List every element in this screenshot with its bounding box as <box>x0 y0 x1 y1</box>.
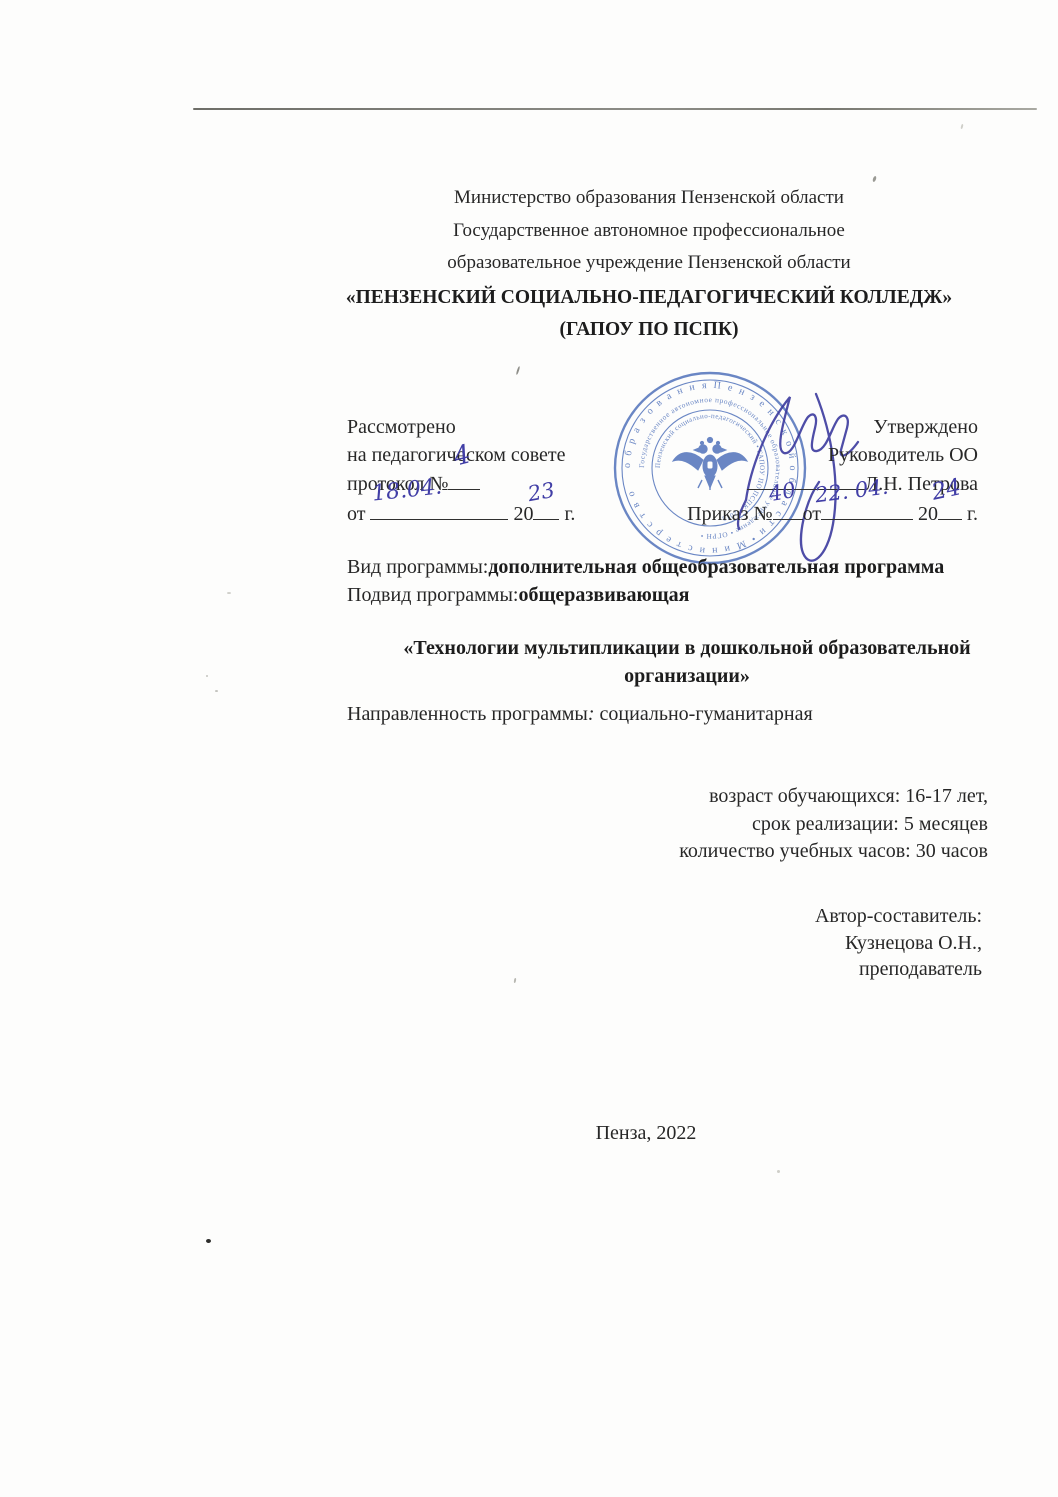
signer-line: Л.Н. Петрова <box>687 469 978 499</box>
program-title: «Технологии мультипликации в дошкольной … <box>380 634 994 690</box>
signature-blank <box>747 469 865 490</box>
approve-block: Утверждено Руководитель ОО Л.Н. Петрова … <box>687 414 978 528</box>
review-year-suffix: г. <box>564 503 575 525</box>
signer-name: Л.Н. Петрова <box>865 473 978 495</box>
org-line-1: Государственное автономное профессиональ… <box>300 215 998 248</box>
author-position: преподаватель <box>815 956 982 983</box>
college-abbreviation: (ГАПОУ ПО ПСПК) <box>300 314 998 347</box>
author-label: Автор-составитель: <box>815 903 982 930</box>
order-year-blank: 24 <box>938 499 962 520</box>
scan-top-edge-line <box>193 108 1037 110</box>
program-kind-value: дополнительная общеобразовательная прогр… <box>488 556 944 578</box>
orientation-colon: : <box>588 703 595 725</box>
scan-speck <box>215 690 218 692</box>
program-title-line-1: «Технологии мультипликации в дошкольной … <box>380 634 994 662</box>
order-year-suffix: г. <box>967 503 978 525</box>
protocol-line: протокол №4 <box>347 469 575 499</box>
program-details-block: возраст обучающихся: 16-17 лет, срок реа… <box>679 783 988 866</box>
approve-line-2: Руководитель ОО <box>687 442 978 470</box>
order-date-blank: 22. 04. <box>821 499 913 520</box>
review-date-line: от 18.04. 2023 г. <box>347 499 575 529</box>
program-hours: количество учебных часов: 30 часов <box>679 838 988 866</box>
scan-speck <box>514 978 517 983</box>
program-subkind-value: общеразвивающая <box>518 584 689 606</box>
order-number-blank: 40 <box>773 499 803 520</box>
scan-speck <box>777 1170 780 1173</box>
protocol-number-blank: 4 <box>448 469 480 490</box>
scan-speck <box>227 592 231 594</box>
program-kind-block: Вид программы:дополнительная общеобразов… <box>347 553 944 609</box>
scan-speck <box>960 124 963 129</box>
author-block: Автор-составитель: Кузнецова О.Н., препо… <box>815 903 982 983</box>
order-from-label: от <box>803 503 821 525</box>
scan-speck <box>516 366 521 375</box>
program-title-line-2: организации» <box>380 662 994 690</box>
review-from-label: от <box>347 503 365 525</box>
order-label: Приказ № <box>687 503 772 525</box>
program-duration: срок реализации: 5 месяцев <box>679 811 988 839</box>
review-line-2: на педагогическом совете <box>347 442 575 470</box>
review-block: Рассмотрено на педагогическом совете про… <box>347 414 575 528</box>
orientation-value: социально-гуманитарная <box>595 703 813 725</box>
orientation-line: Направленность программы: социально-гума… <box>347 703 813 726</box>
orientation-label: Направленность программы <box>347 703 588 725</box>
college-name: «ПЕНЗЕНСКИЙ СОЦИАЛЬНО-ПЕДАГОГИЧЕСКИЙ КОЛ… <box>300 282 998 315</box>
approve-line-1: Утверждено <box>687 414 978 442</box>
document-page: Министерство образования Пензенской обла… <box>0 0 1058 1497</box>
review-line-1: Рассмотрено <box>347 414 575 442</box>
footer-city-year: Пенза, 2022 <box>330 1122 962 1145</box>
review-year-prefix: 20 <box>513 503 533 525</box>
program-kind-label: Вид программы: <box>347 556 488 578</box>
review-date-blank: 18.04. <box>370 499 508 520</box>
document-header: Министерство образования Пензенской обла… <box>300 182 998 347</box>
program-subkind-line: Подвид программы:общеразвивающая <box>347 581 944 609</box>
order-line: Приказ №40от22. 04. 2024 г. <box>687 499 978 529</box>
ministry-line: Министерство образования Пензенской обла… <box>300 182 998 215</box>
program-subkind-label: Подвид программы: <box>347 584 518 606</box>
author-name: Кузнецова О.Н., <box>815 930 982 957</box>
program-kind-line: Вид программы:дополнительная общеобразов… <box>347 553 944 581</box>
org-line-2: образовательное учреждение Пензенской об… <box>300 247 998 280</box>
order-year-prefix: 20 <box>918 503 938 525</box>
scan-speck <box>206 1239 211 1243</box>
review-year-blank: 23 <box>533 499 559 520</box>
students-age: возраст обучающихся: 16-17 лет, <box>679 783 988 811</box>
scan-speck <box>206 675 208 677</box>
protocol-label: протокол № <box>347 473 448 495</box>
